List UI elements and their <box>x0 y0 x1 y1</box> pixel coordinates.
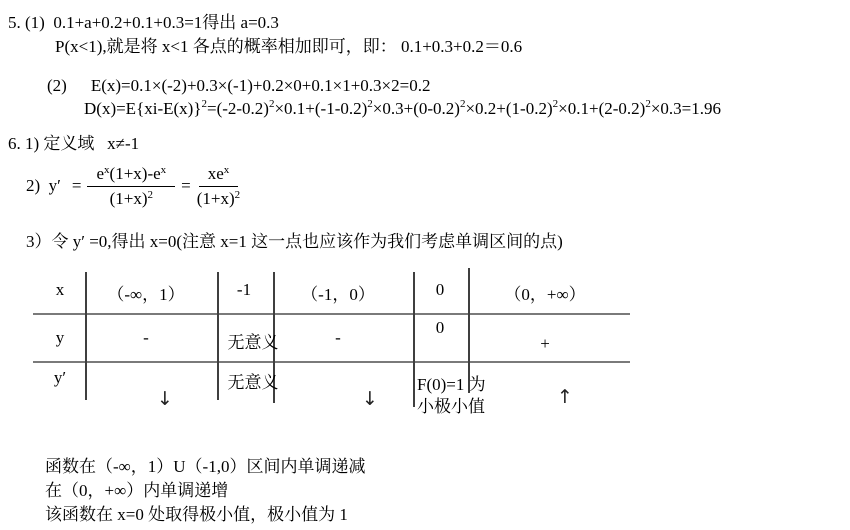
fraction-2-numerator: xex <box>199 164 239 187</box>
part2-label: (2) <box>47 76 67 95</box>
table-vline-2 <box>217 272 219 400</box>
derivative-equation: 2) y′ = ex(1+x)-ex (1+x)2 = xex (1+x)2 <box>26 160 243 212</box>
fraction-1: ex(1+x)-ex (1+x)2 <box>87 164 175 209</box>
exponent: x <box>161 164 167 176</box>
table-header-interval-3: （0，+∞） <box>504 280 585 305</box>
variance-formula: D(x)=E{xi-E(x)}2=(-2-0.2)2×0.1+(-1-0.2)2… <box>67 79 721 139</box>
num-seg: e <box>96 164 104 183</box>
fraction-2-denominator: (1+x)2 <box>197 187 240 209</box>
y-sign-interval-3: + <box>540 334 550 354</box>
minimum-note-line2: 小极小值 <box>417 392 485 417</box>
variance-seg: ×0.1+(2-0.2) <box>558 99 645 118</box>
variance-seg: ×0.3+(0-0.2) <box>373 99 460 118</box>
conclusion-increasing-line: 在（0，+∞）内单调递增 <box>45 476 228 501</box>
num-seg: xe <box>208 164 224 183</box>
table-vline-4 <box>413 272 415 407</box>
table-header-interval-1: （-∞，1） <box>107 280 184 305</box>
exponent: 2 <box>235 189 241 201</box>
fraction-1-denominator: (1+x)2 <box>110 187 153 209</box>
variance-seg: =(-2-0.2) <box>207 99 269 118</box>
equals-sign: = <box>181 176 191 196</box>
decreasing-arrow-icon: ↓ <box>362 388 378 410</box>
derivative-label: 2) y′ <box>26 176 61 196</box>
exponent: x <box>224 164 230 176</box>
equals-sign: = <box>72 176 82 196</box>
decreasing-arrow-icon: ↓ <box>157 388 173 410</box>
problem5-probability-line: P(x<1),就是将 x<1 各点的概率相加即可，即： 0.1+0.3+0.2＝… <box>55 32 522 57</box>
variance-seg: ×0.2+(1-0.2) <box>465 99 552 118</box>
monotonicity-table: x （-∞，1） -1 （-1，0） 0 （0，+∞） y - 无意义 - 0 … <box>33 268 633 420</box>
y-value-at-0: 0 <box>436 318 445 338</box>
fraction-2: xex (1+x)2 <box>197 164 240 209</box>
table-yprime-label: y′ <box>54 368 66 388</box>
y-sign-interval-2: - <box>335 328 341 348</box>
table-x-label: x <box>56 280 65 300</box>
problem5-part1-line: 5. (1) 0.1+a+0.2+0.1+0.3=1得出 a=0.3 <box>8 8 279 33</box>
document-page: 5. (1) 0.1+a+0.2+0.1+0.3=1得出 a=0.3 P(x<1… <box>0 0 850 530</box>
y-sign-interval-1: - <box>143 328 149 348</box>
table-header-point-minus1: -1 <box>237 280 251 300</box>
conclusion-minimum-line: 该函数在 x=0 处取得极小值，极小值为 1 <box>45 500 348 525</box>
table-hline-2 <box>33 361 630 363</box>
variance-seg: D(x)=E{xi-E(x)} <box>84 99 201 118</box>
table-header-interval-2: （-1，0） <box>301 280 375 305</box>
variance-seg: ×0.1+(-1-0.2) <box>274 99 367 118</box>
fraction-1-numerator: ex(1+x)-ex <box>87 164 175 187</box>
table-hline-1 <box>33 313 630 315</box>
increasing-arrow-icon: ↑ <box>557 386 573 408</box>
num-seg: (1+x)-e <box>110 164 161 183</box>
conclusion-decreasing-line: 函数在（-∞，1）U（-1,0）区间内单调递减 <box>45 452 365 477</box>
variance-seg: ×0.3=1.96 <box>651 99 721 118</box>
problem6-step3-line: 3）令 y′ =0,得出 x=0(注意 x=1 这一点也应该作为我们考虑单调区间… <box>26 227 563 252</box>
den-seg: (1+x) <box>197 189 235 208</box>
table-y-label: y <box>56 328 65 348</box>
y-undefined: 无意义 <box>228 328 279 353</box>
problem6-domain-line: 6. 1) 定义域 x≠-1 <box>8 129 139 154</box>
yprime-undefined: 无意义 <box>228 368 279 393</box>
table-header-point-0: 0 <box>436 280 445 300</box>
table-vline-1 <box>85 272 87 400</box>
exponent: 2 <box>148 189 154 201</box>
den-seg: (1+x) <box>110 189 148 208</box>
